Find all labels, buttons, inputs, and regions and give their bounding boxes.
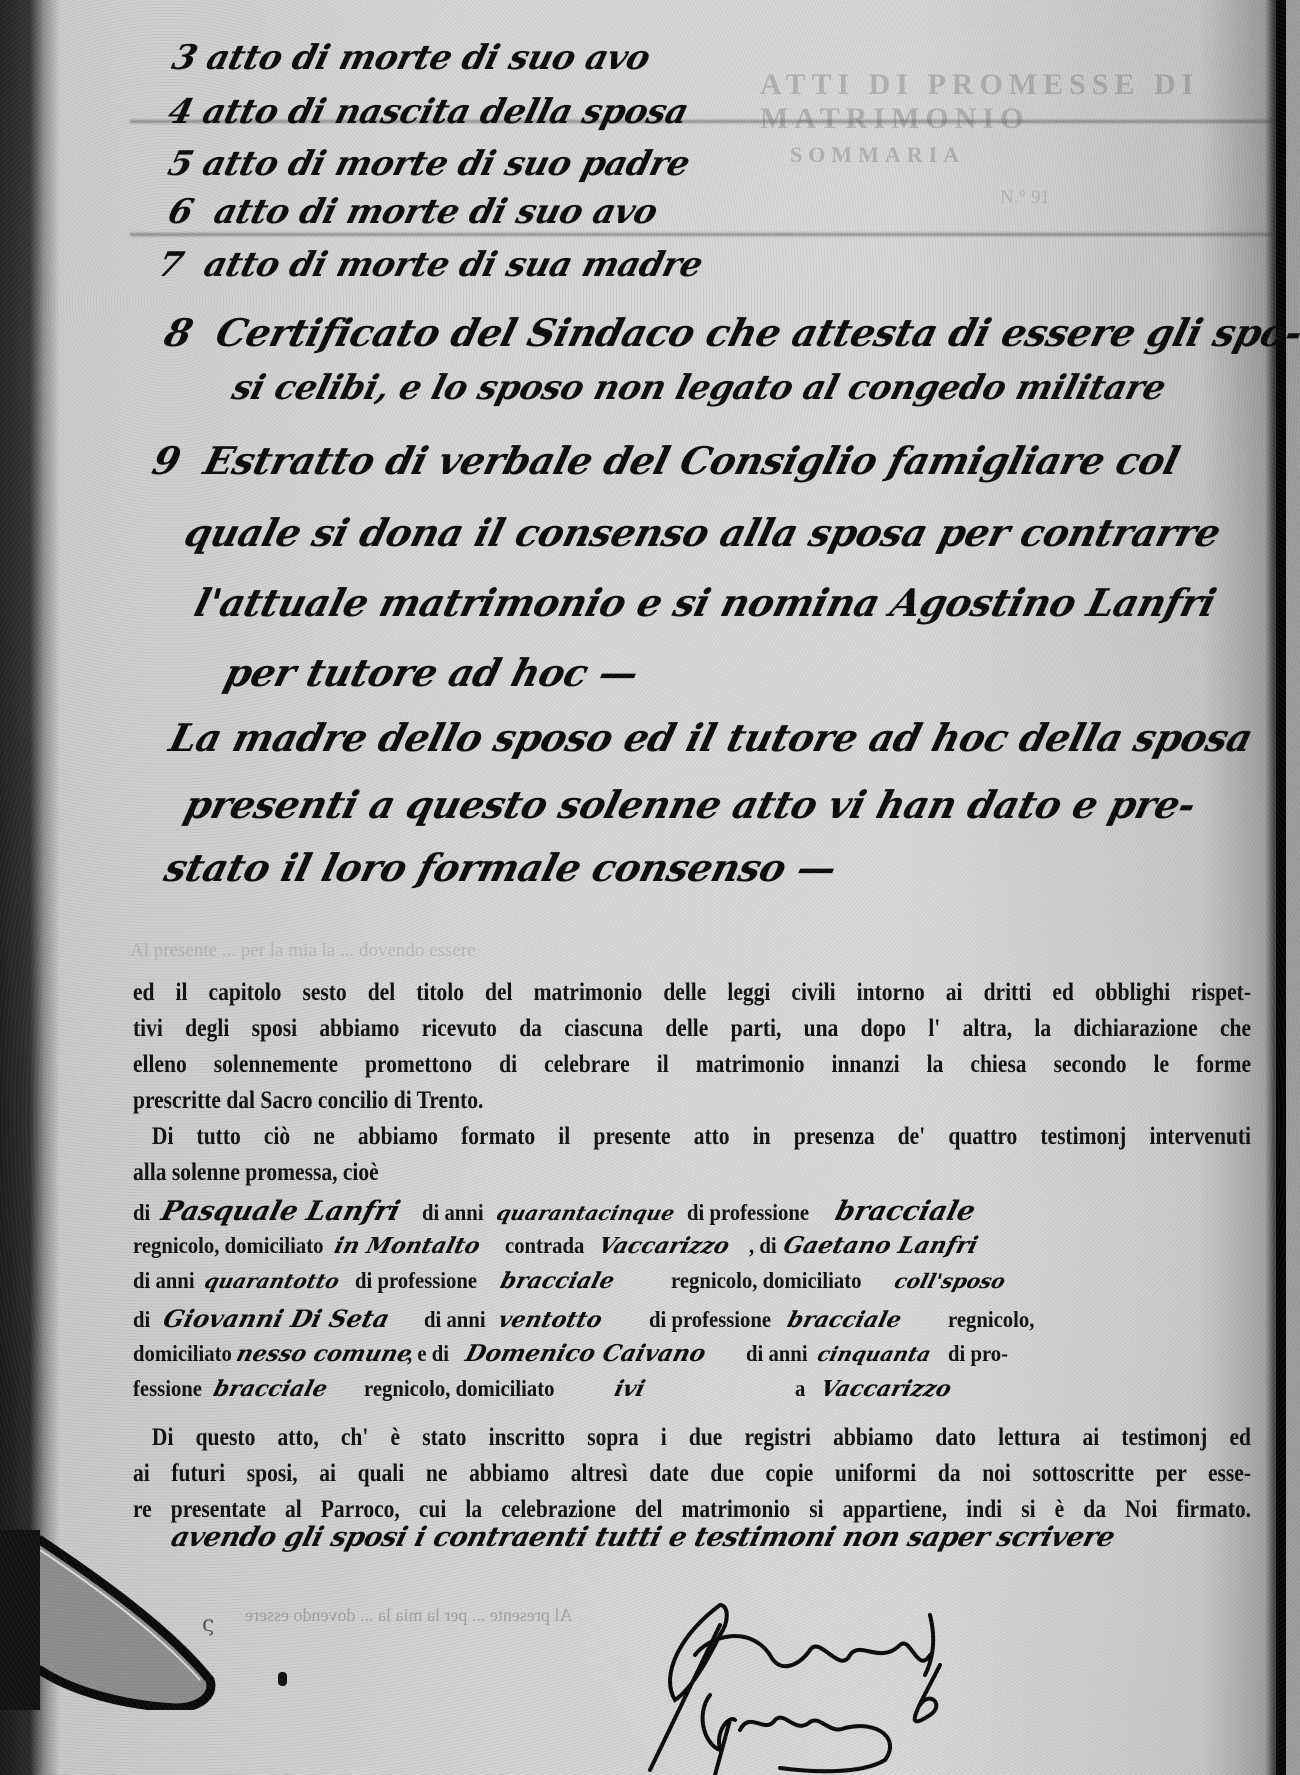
- thumb-icon: [0, 1530, 220, 1710]
- bleed-through-line: Al presente ... per la mia la ... dovend…: [130, 940, 1270, 962]
- printed-line: prescritte dal Sacro concilio di Trento.: [133, 1083, 1251, 1119]
- printed-line: Di tutto ciò ne abbiamo formato il prese…: [133, 1119, 1251, 1155]
- list-item: 7 atto di morte di sua madre: [154, 245, 707, 285]
- list-item: 8 Certificato del Sindaco che attesta di…: [160, 310, 1300, 355]
- witness-profession: bracciale: [498, 1268, 674, 1294]
- witness-name: Gaetano Lanfri: [780, 1232, 980, 1259]
- witness-name: Giovanni Di Seta: [161, 1304, 428, 1333]
- consent-note-line: presenti a questo solenne atto vi han da…: [180, 782, 1200, 827]
- list-item: 5 atto di morte di suo padre: [164, 144, 694, 184]
- bleed-through-number: N.° 91: [1000, 187, 1050, 209]
- mirrored-bleed-line: Al presente ... per la mia la ... dovend…: [245, 1605, 572, 1626]
- witness-age: ventotto: [495, 1307, 651, 1333]
- list-item-continuation: si celibi, e lo sposo non legato al cong…: [228, 368, 1170, 408]
- witness-row: di Giovanni Di Seta di anni ventotto di …: [133, 1304, 1258, 1340]
- witness-residence: nesso comune: [234, 1341, 410, 1367]
- fold-line: [130, 233, 1275, 236]
- printed-line: ai futuri sposi, ai quali ne abbiamo alt…: [133, 1456, 1251, 1492]
- witness-name: Domenico Caivano: [462, 1340, 749, 1367]
- witness-residence: ivi: [612, 1376, 798, 1402]
- list-item: 3 atto di morte di suo avo: [168, 38, 654, 78]
- bleed-through-heading: ATTI DI PROMESSE DI MATRIMONIO: [760, 68, 1300, 136]
- witness-row: fessione bracciale regnicolo, domiciliat…: [133, 1376, 1258, 1412]
- witness-age: cinquanta: [815, 1342, 951, 1366]
- consent-note-line: La madre dello sposo ed il tutore ad hoc…: [165, 715, 1257, 760]
- witness-residence: in Montalto: [331, 1233, 507, 1259]
- witness-row: domiciliato nesso comune , e di Domenico…: [133, 1340, 1258, 1376]
- list-item: 6 atto di morte di suo avo: [164, 192, 661, 232]
- handwritten-closing-note: avendo gli sposi i contraenti tutti e te…: [168, 1522, 1118, 1553]
- witness-residence: coll'sposo: [892, 1269, 1008, 1293]
- witness-place: Vaccarizzo: [818, 1376, 954, 1402]
- printed-paragraph: ed il capitolo sesto del titolo del matr…: [133, 975, 1098, 1191]
- witness-row: di Pasquale Lanfri di anni quarantacinqu…: [133, 1196, 1258, 1232]
- list-item: 9 Estratto di verbale del Consiglio fami…: [148, 438, 1184, 483]
- witness-age: quarantacinque: [494, 1201, 690, 1225]
- witness-profession: bracciale: [210, 1376, 366, 1402]
- list-item: 4 atto di nascita della sposa: [164, 92, 692, 132]
- list-item-continuation: quale si dona il consenso alla sposa per…: [180, 510, 1225, 555]
- witness-profession: bracciale: [785, 1307, 951, 1333]
- list-item-continuation: per tutore ad hoc —: [220, 650, 643, 695]
- witness-name: Pasquale Lanfri: [158, 1196, 406, 1227]
- consent-note-line: stato il loro formale consenso —: [160, 845, 841, 890]
- witness-row: regnicolo, domiciliato in Montalto contr…: [133, 1232, 1258, 1268]
- witness-age: quarantotto: [202, 1269, 358, 1293]
- ink-dot: [278, 1672, 287, 1686]
- witness-street: Vaccarizzo: [596, 1233, 752, 1259]
- printed-line: tivi degli sposi abbiamo ricevuto da cia…: [133, 1011, 1251, 1047]
- printed-line: ed il capitolo sesto del titolo del matr…: [133, 975, 1251, 1011]
- signature-icon: G. Leoni: [690, 1690, 970, 1775]
- list-item-continuation: l'attuale matrimonio e si nomina Agostin…: [190, 580, 1220, 625]
- witness-row: di anni quarantotto di professione bracc…: [133, 1268, 1258, 1304]
- page-margin-strip: [1286, 0, 1300, 1775]
- scanned-page: ATTI DI PROMESSE DI MATRIMONIO SOMMARIA …: [0, 0, 1300, 1775]
- closing-paragraph: Di questo atto, ch' è stato inscritto so…: [133, 1420, 1098, 1528]
- printed-line: alla solenne promessa, cioè: [133, 1155, 1251, 1191]
- bleed-through-subline: SOMMARIA: [790, 142, 965, 168]
- printed-line: Di questo atto, ch' è stato inscritto so…: [133, 1420, 1251, 1456]
- page-edge-rule: [1276, 0, 1286, 1775]
- printed-line: elleno solennemente promettono di celebr…: [133, 1047, 1251, 1083]
- witness-profession: bracciale: [832, 1196, 978, 1227]
- ink-mark: ς: [202, 1612, 214, 1637]
